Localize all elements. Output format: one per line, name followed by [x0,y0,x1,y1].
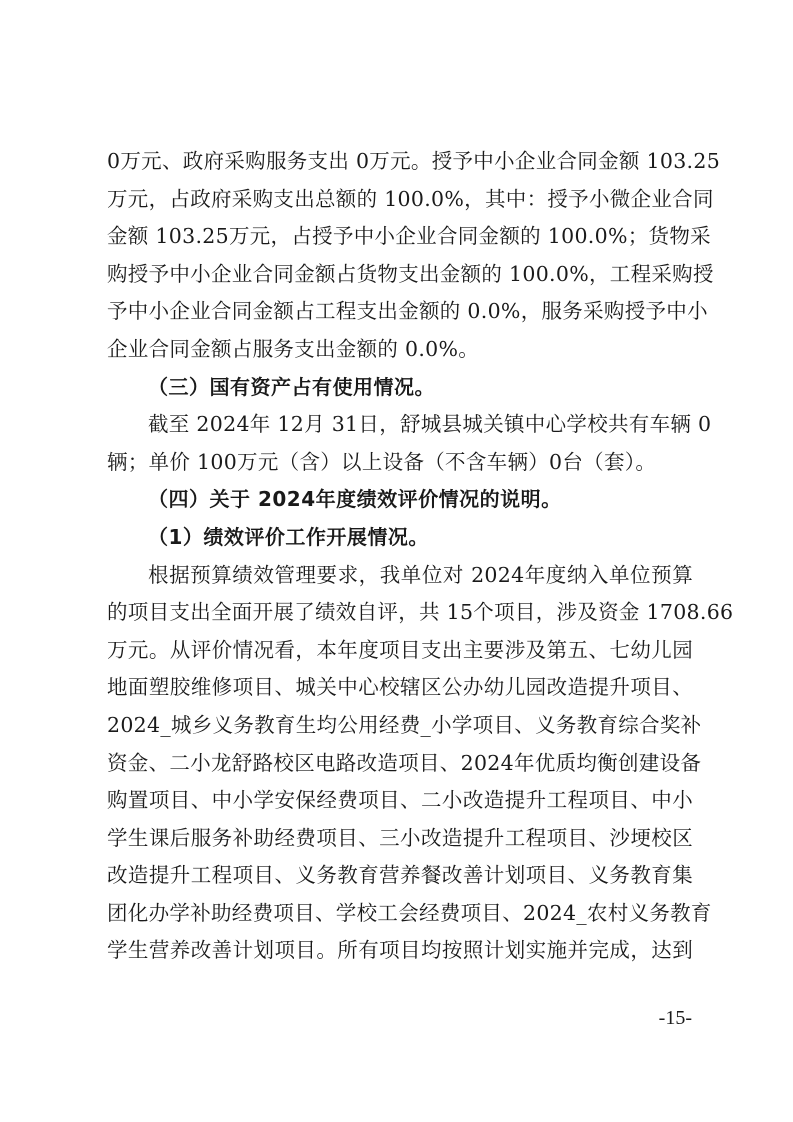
paragraph-line: 地面塑胶维修项目、城关中心校辖区公办幼儿园改造提升项目、 [107,669,693,707]
paragraph-line: 截至 2024年 12月 31日，舒城县城关镇中心学校共有车辆 0 [107,406,693,444]
section-heading-assets: （三）国有资产占有使用情况。 [107,369,693,407]
paragraph-line: 予中小企业合同金额占工程支出金额的 0.0%，服务采购授予中小 [107,293,693,331]
paragraph-line: 购授予中小企业合同金额占货物支出金额的 100.0%，工程采购授 [107,256,693,294]
paragraph-line: 辆；单价 100万元（含）以上设备（不含车辆）0台（套）。 [107,444,693,482]
paragraph-line: 资金、二小龙舒路校区电路改造项目、2024年优质均衡创建设备 [107,745,693,783]
paragraph-line: 团化办学补助经费项目、学校工会经费项目、2024_农村义务教育 [107,895,693,933]
document-page: 0万元、政府采购服务支出 0万元。授予中小企业合同金额 103.25 万元，占政… [107,143,693,970]
paragraph-line: 万元，占政府采购支出总额的 100.0%，其中：授予小微企业合同 [107,181,693,219]
paragraph-line: 根据预算绩效管理要求，我单位对 2024年度纳入单位预算 [107,557,693,595]
paragraph-line: 0万元、政府采购服务支出 0万元。授予中小企业合同金额 103.25 [107,143,693,181]
page-number: -15- [659,1007,692,1030]
subsection-heading-evaluation: （1）绩效评价工作开展情况。 [107,519,693,557]
paragraph-line: 的项目支出全面开展了绩效自评，共 15个项目，涉及资金 1708.66 [107,594,693,632]
paragraph-line: 改造提升工程项目、义务教育营养餐改善计划项目、义务教育集 [107,857,693,895]
paragraph-line: 万元。从评价情况看，本年度项目支出主要涉及第五、七幼儿园 [107,632,693,670]
paragraph-line: 购置项目、中小学安保经费项目、二小改造提升工程项目、中小 [107,782,693,820]
paragraph-line: 学生课后服务补助经费项目、三小改造提升工程项目、沙埂校区 [107,820,693,858]
paragraph-line: 企业合同金额占服务支出金额的 0.0%。 [107,331,693,369]
paragraph-line: 金额 103.25万元，占授予中小企业合同金额的 100.0%；货物采 [107,218,693,256]
paragraph-line: 学生营养改善计划项目。所有项目均按照计划实施并完成，达到 [107,932,693,970]
section-heading-performance: （四）关于 2024年度绩效评价情况的说明。 [107,481,693,519]
paragraph-line: 2024_城乡义务教育生均公用经费_小学项目、义务教育综合奖补 [107,707,693,745]
